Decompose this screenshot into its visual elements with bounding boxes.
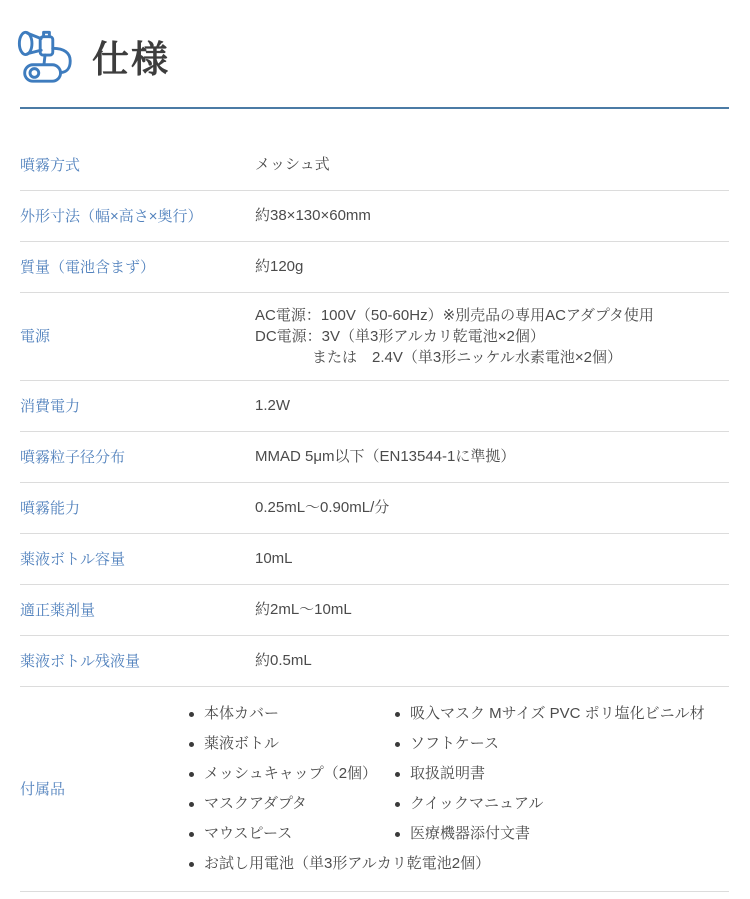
nebulizer-icon <box>15 25 77 94</box>
spec-row-weight: 質量（電池含まず） 約120g <box>20 242 729 293</box>
spec-value: 10mL <box>255 548 293 570</box>
spec-label: 質量（電池含まず） <box>20 257 255 278</box>
power-line-alt: または 2.4V（単3形ニッケル水素電池×2個） <box>255 347 654 368</box>
spec-row-power: 電源 AC電源：100V（50-60Hz）※別売品の専用ACアダプタ使用 DC電… <box>20 293 729 381</box>
list-item: お試し用電池（単3形アルカリ乾電池2個） <box>186 849 392 879</box>
spec-label: 薬液ボトル容量 <box>20 549 255 570</box>
spec-row-accessories: 付属品 本体カバー 薬液ボトル メッシュキャップ（2個） マスクアダプタ マウス… <box>20 687 729 892</box>
spec-row-spray-capacity: 噴霧能力 0.25mL〜0.90mL/分 <box>20 483 729 534</box>
list-item: 吸入マスク Mサイズ PVC ポリ塩化ビニル材 <box>392 699 705 729</box>
spec-row-spray-method: 噴霧方式 メッシュ式 <box>20 140 729 191</box>
accessories-list-left: 本体カバー 薬液ボトル メッシュキャップ（2個） マスクアダプタ マウスピース … <box>186 699 392 879</box>
spec-label: 噴霧能力 <box>20 498 255 519</box>
accessories-lists: 本体カバー 薬液ボトル メッシュキャップ（2個） マスクアダプタ マウスピース … <box>186 699 705 879</box>
spec-value: 約0.5mL <box>255 650 312 672</box>
list-item: 薬液ボトル <box>186 729 392 759</box>
spec-label: 噴霧方式 <box>20 155 255 176</box>
spec-value: 約38×130×60mm <box>255 205 371 227</box>
spec-value: MMAD 5μm以下（EN13544-1に準拠） <box>255 446 515 468</box>
spec-value: AC電源：100V（50-60Hz）※別売品の専用ACアダプタ使用 DC電源：3… <box>255 305 654 368</box>
spec-label: 適正薬剤量 <box>20 600 255 621</box>
spec-row-residual-volume: 薬液ボトル残液量 約0.5mL <box>20 636 729 687</box>
spec-label: 噴霧粒子径分布 <box>20 447 255 468</box>
spec-value: 約2mL〜10mL <box>255 599 352 621</box>
list-item: 医療機器添付文書 <box>392 819 705 849</box>
spec-label: 薬液ボトル残液量 <box>20 651 255 672</box>
spec-table: 噴霧方式 メッシュ式 外形寸法（幅×高さ×奥行） 約38×130×60mm 質量… <box>20 140 729 892</box>
spec-row-power-consumption: 消費電力 1.2W <box>20 381 729 432</box>
list-item: メッシュキャップ（2個） <box>186 759 392 789</box>
power-line-dc: DC電源：3V（単3形アルカリ乾電池×2個） <box>255 326 654 347</box>
accessories-list-right: 吸入マスク Mサイズ PVC ポリ塩化ビニル材 ソフトケース 取扱説明書 クイッ… <box>392 699 705 879</box>
list-item: 取扱説明書 <box>392 759 705 789</box>
spec-label: 電源 <box>20 326 255 347</box>
title-underline <box>20 107 729 109</box>
spec-row-particle-size: 噴霧粒子径分布 MMAD 5μm以下（EN13544-1に準拠） <box>20 432 729 483</box>
spec-value: メッシュ式 <box>255 154 330 176</box>
page-header: 仕様 <box>0 0 750 94</box>
list-item: クイックマニュアル <box>392 789 705 819</box>
list-item: 本体カバー <box>186 699 392 729</box>
spec-label: 付属品 <box>20 779 186 800</box>
spec-row-bottle-capacity: 薬液ボトル容量 10mL <box>20 534 729 585</box>
spec-row-dimensions: 外形寸法（幅×高さ×奥行） 約38×130×60mm <box>20 191 729 242</box>
list-item: マウスピース <box>186 819 392 849</box>
spec-value: 約120g <box>255 256 303 278</box>
spec-value: 1.2W <box>255 395 290 417</box>
list-item: ソフトケース <box>392 729 705 759</box>
spec-row-proper-dose: 適正薬剤量 約2mL〜10mL <box>20 585 729 636</box>
spec-page: 仕様 噴霧方式 メッシュ式 外形寸法（幅×高さ×奥行） 約38×130×60mm… <box>0 0 750 899</box>
power-line-ac: AC電源：100V（50-60Hz）※別売品の専用ACアダプタ使用 <box>255 305 654 326</box>
spec-label: 外形寸法（幅×高さ×奥行） <box>20 206 255 227</box>
spec-value: 0.25mL〜0.90mL/分 <box>255 497 389 519</box>
spec-label: 消費電力 <box>20 396 255 417</box>
list-item: マスクアダプタ <box>186 789 392 819</box>
page-title: 仕様 <box>92 41 170 78</box>
